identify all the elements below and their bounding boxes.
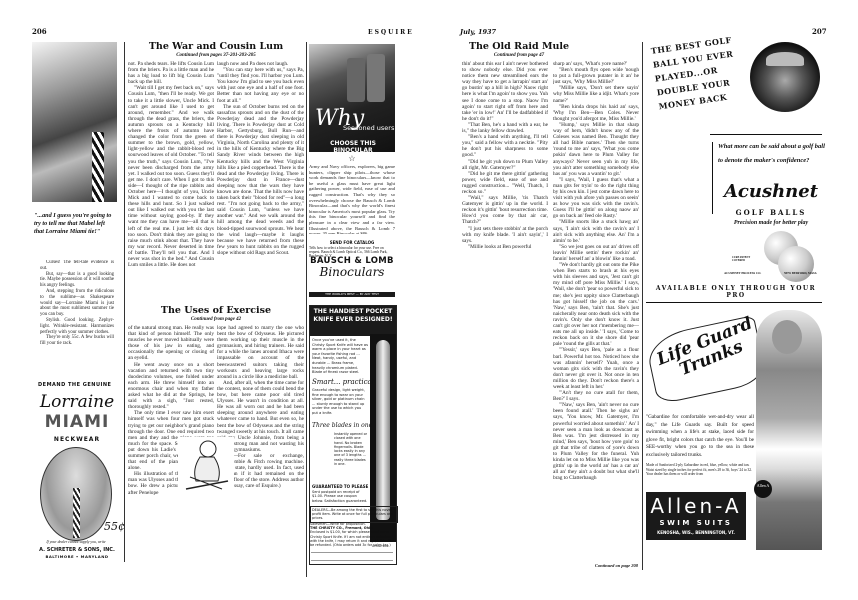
allen-brand: Allen-A <box>650 494 742 518</box>
coupon-line[interactable] <box>311 560 393 561</box>
paragraph: "Did he git yuh down to Plum Valley all … <box>462 159 548 171</box>
paragraph: The sun of October burns red on the sass… <box>217 104 304 256</box>
lorraine-miami-ad: "...and I guess you're going to try to t… <box>32 42 122 577</box>
ad-paragraph: Curses! The tell-tale evidence is out. <box>40 260 114 272</box>
article-column: sharp an' says, 'What's yore name?' "Ben… <box>553 61 639 571</box>
ad-paragraph: But, say—that is a good looking tie. May… <box>40 272 114 289</box>
article-continued: Continued from page 47 <box>440 53 598 58</box>
golf-ball-icon <box>778 246 814 282</box>
knife-body-2: Graceful design, light weight, fine enou… <box>312 388 368 416</box>
acushnet-location: NEW BEDFORD, MASS. <box>784 271 817 275</box>
acushnet-company: ACUSHNET PROCESS CO. <box>724 271 761 275</box>
man-portrait-oval <box>40 447 112 541</box>
couple-illustration <box>32 42 117 202</box>
article-column: laugh now and Pa does not laugh. "You ca… <box>217 61 304 298</box>
column-rule <box>124 42 125 562</box>
paragraph: not. Pa sheds tears. He lifts Cousin Lum… <box>128 61 214 85</box>
paragraph: "You can stay here with us," says Pa, "u… <box>217 67 304 104</box>
allen-small: Made of Sanforized 2-ply Gabardine in re… <box>646 463 754 477</box>
headline: Seasoned users <box>343 124 394 132</box>
allen-brand-block: Allen-A SWIM SUITS KENOSHA, WIS., BENNIN… <box>646 492 746 540</box>
knife-headline: THE HANDIEST POCKET KNIFE EVER DESIGNED! <box>310 306 396 336</box>
paragraph: "'Naw,' says Ben, 'ain't never no cure b… <box>553 402 639 481</box>
swimmer-photo: Allen A <box>756 310 822 550</box>
allen-location: KENOSHA, WIS., BENNINGTON, VT. <box>650 530 742 535</box>
paragraph: "'An't they no cure atall for them, Ben?… <box>553 390 639 402</box>
coupon[interactable]: Salesmen—Write for proposition. THE CHRI… <box>310 522 394 547</box>
paragraph: "Millie looks at Ben powerful <box>462 244 548 250</box>
swim-suits-label: SWIM SUITS <box>650 519 742 527</box>
bausch-tagline: THE WORLD'S BEST — BY ANY TEST <box>309 292 395 297</box>
left-page-number: 206 <box>32 27 47 36</box>
company-name: A. SCHRETER & SONS, INC. <box>32 547 122 553</box>
guaranteed-heading: GUARANTEED TO PLEASE <box>312 484 368 489</box>
continued-footer: Continued on page 208 <box>560 563 638 568</box>
right-running-head: July, 1937 <box>460 28 496 36</box>
three-blades-label: Three blades in one <box>312 422 372 429</box>
ad-body: Curses! The tell-tale evidence is out. B… <box>40 260 114 380</box>
article-continued: Continued from pages 37-201-203-205 <box>126 53 306 58</box>
divider <box>710 134 822 135</box>
company-location: BALTIMORE • MARYLAND <box>32 554 122 559</box>
star-icon: ☆ <box>309 154 395 163</box>
coupon-text: Enclosed is $1.00, for which please send… <box>310 530 394 547</box>
article-title: The Old Raid Mule <box>440 41 598 52</box>
paragraph: "Hump,' says Millie in that sharp way of… <box>553 122 639 177</box>
catalog-heading: SEND FOR CATALOG <box>309 240 395 245</box>
paragraph: "Wait till I get my feet back on," says … <box>128 85 214 268</box>
paragraph: "I just sets there stobbin' at the porch… <box>462 226 548 244</box>
headline-2: CHOOSE THIS BINOCULAR <box>313 140 393 154</box>
ad-paragraph: They're only 55c. A few bucks will fill … <box>40 335 114 347</box>
paragraph: "Did he git me there gittin' gathering p… <box>462 171 548 195</box>
paragraph: "That Ben, he's a hand with a ear, he is… <box>462 122 548 134</box>
knife-body: Once you've used it, the Christy Sport K… <box>312 338 368 375</box>
paragraph: "Wail," says Millie, 'tis Thatch Gatemye… <box>462 195 548 225</box>
ad-paragraph: And, stepping from the ridiculous to the… <box>40 289 114 318</box>
column-rule <box>642 42 643 570</box>
acushnet-brand: Acushnet <box>716 181 826 202</box>
divider <box>712 142 713 214</box>
bausch-lomb-ad: Why Seasoned users CHOOSE THIS BINOCULAR… <box>309 44 395 254</box>
bausch-brand-script: Binoculars <box>309 265 395 279</box>
paragraph: "Ben kinda drops his haid an' says, 'Why… <box>553 104 639 122</box>
column-rule <box>306 42 307 577</box>
paragraph: "Ben's mouth flys open wide 'nough to pu… <box>553 67 639 85</box>
acushnet-headline: THE BEST GOLF BALL YOU EVER PLAYED...OR … <box>650 30 759 113</box>
coupon-line[interactable] <box>311 552 393 553</box>
cover-note: CURE PATENT COVERED <box>732 256 754 262</box>
allen-body: "Gabardine for comfortable wet-and-dry w… <box>646 414 754 459</box>
acushnet-ad: THE BEST GOLF BALL YOU EVER PLAYED...OR … <box>646 40 824 330</box>
paragraph: "We don't hardly git out onto the Pike w… <box>553 262 639 347</box>
golf-balls-label: GOLF BALLS <box>716 208 826 217</box>
knife-smart: Smart... practical <box>312 378 374 386</box>
article-title: The War and Cousin Lum <box>126 41 306 52</box>
striped-tie-icon <box>92 132 104 202</box>
binocular-photo: Why Seasoned users CHOOSE THIS BINOCULAR <box>309 44 395 152</box>
article-title: The Uses of Exercise <box>126 305 306 316</box>
blades-text: Instantly opened or closed with one hand… <box>334 432 368 466</box>
paragraph: lope had agreed to marry the one who ben… <box>217 325 304 380</box>
ad-paragraph: Stylish. Good looking. Zephyr-light. Wri… <box>40 318 114 335</box>
neckwear-label: NECKWEAR <box>36 436 118 443</box>
allen-a-ad: Life Guard Trunks Allen A "Gabardine for… <box>646 310 824 560</box>
brand-script: Lorraine <box>36 392 118 412</box>
guaranteed-text: Sent postpaid on receipt of $1.00. Pleas… <box>312 490 368 503</box>
paragraph: "Ben's a hand with anything, I'll tell y… <box>462 134 548 158</box>
right-page-number: 207 <box>812 27 827 36</box>
demand-genuine: DEMAND THE GENUINE <box>38 382 111 388</box>
binocular-icon <box>367 54 385 102</box>
left-running-head: ESQUIRE <box>368 29 414 36</box>
paragraph: "Millie snorts like a stuck hawg an' say… <box>553 219 639 243</box>
article-continued: Continued from page 42 <box>126 317 306 322</box>
paragraph: "Millie says, 'Don't set there sayin' wh… <box>553 85 639 103</box>
article-column: not. Pa sheds tears. He lifts Cousin Lum… <box>128 61 214 298</box>
golfer-portrait <box>750 42 820 112</box>
striped-tie-icon <box>73 488 80 538</box>
paragraph: "I says, 'Wail, I guess that's what a ma… <box>553 177 639 220</box>
acushnet-question: What more can be said about a golf ball … <box>718 140 826 168</box>
acushnet-tagline: Precision made for better play <box>716 220 826 226</box>
rowing-man-illustration <box>178 437 234 495</box>
ad-body: Army and Navy officers, explorers, big g… <box>309 164 395 234</box>
article-column: thin' about this ear I ain't never bothe… <box>462 61 548 571</box>
paragraph: of the natural strong man. He really was… <box>128 325 214 362</box>
paragraph: "'Yessir,' says Ben, 'pale as a flour ba… <box>553 347 639 390</box>
allen-a-badge: Allen A <box>754 480 772 498</box>
paragraph: thin' about this ear I ain't never bothe… <box>462 61 548 122</box>
binocular-icon <box>347 58 365 102</box>
knife-icon <box>376 340 390 520</box>
hat-icon <box>766 52 804 66</box>
dealers-box: DEALERS—Be among the first to sell this … <box>310 506 398 523</box>
dealer-note: If your dealer cannot supply you, write <box>34 540 118 544</box>
acushnet-availability: AVAILABLE ONLY THROUGH YOUR PRO <box>646 285 826 299</box>
paragraph: He went away once on a short vacation an… <box>128 362 214 411</box>
head-icon <box>772 320 802 354</box>
brand-block: MIAMI <box>36 412 118 432</box>
price: 55¢ <box>104 520 125 533</box>
divider <box>646 302 822 303</box>
paragraph: "So we jest goes on out an' drives off l… <box>553 244 639 262</box>
ad-caption: "...and I guess you're going to try to t… <box>34 212 116 235</box>
